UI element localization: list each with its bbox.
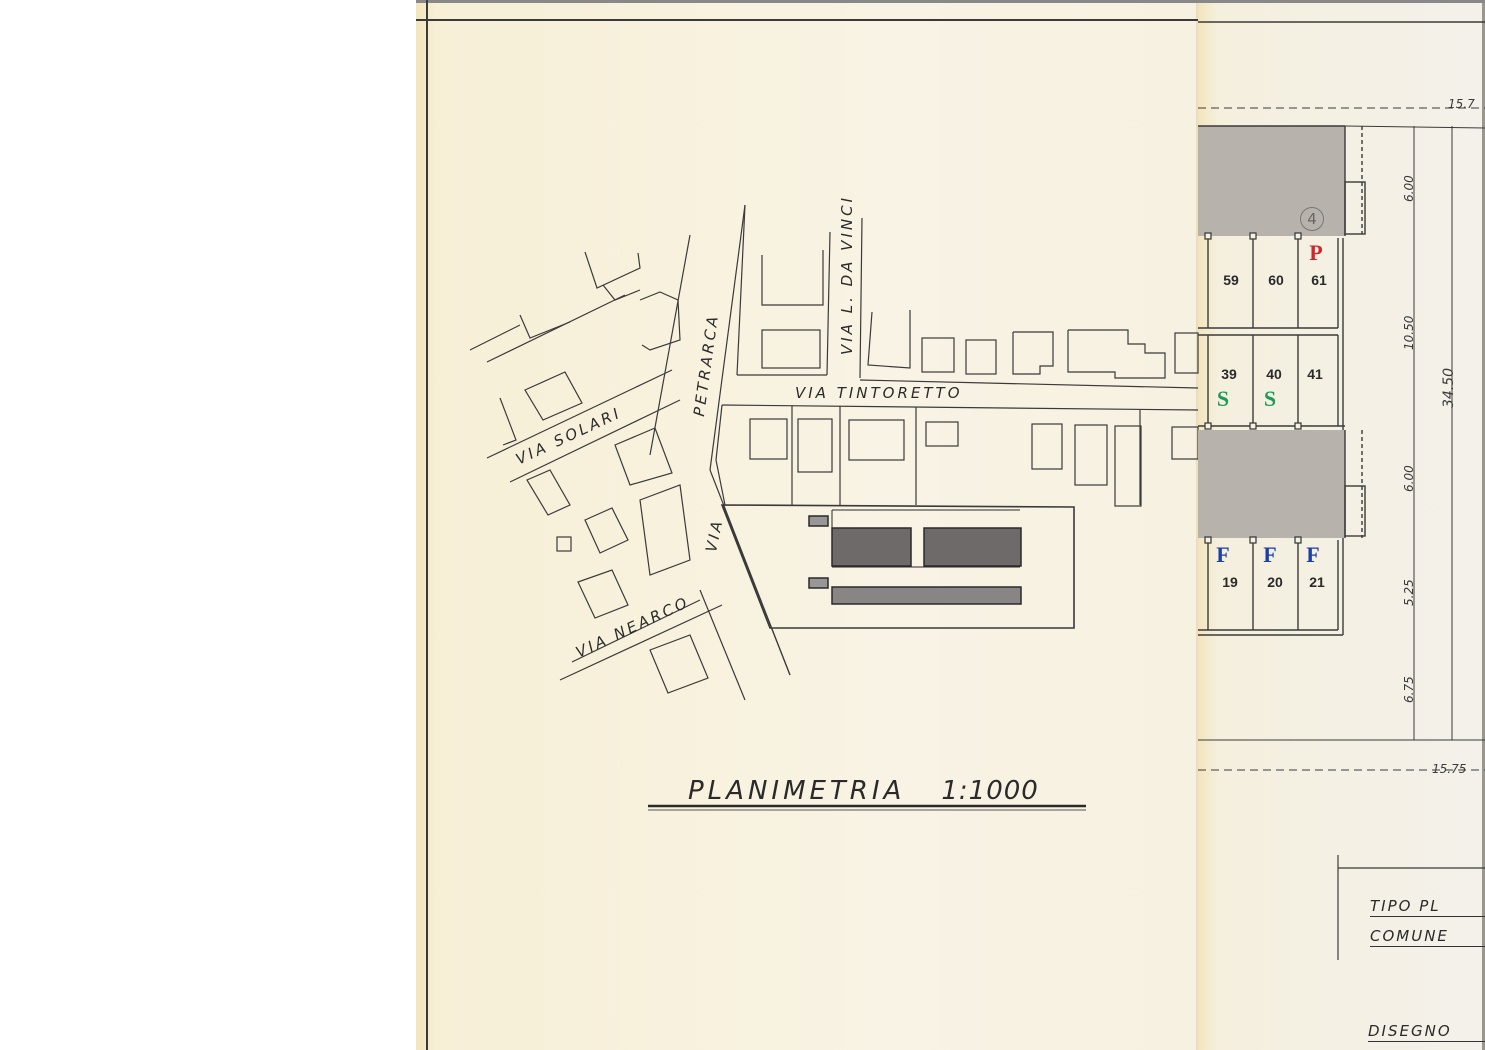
unit-mark-s-40: S — [1250, 386, 1290, 412]
unit-21: 21 — [1297, 574, 1337, 590]
title-scale: 1:1000 — [941, 776, 1038, 806]
unit-mark-f-20: F — [1250, 542, 1290, 568]
title-block-comune: COMUNE — [1370, 927, 1485, 947]
unit-41: 41 — [1295, 366, 1335, 382]
dimension-top-width: 15.7 — [1448, 97, 1475, 111]
unit-59: 59 — [1211, 272, 1251, 288]
dimension-seg-4: 5.25 — [1402, 579, 1416, 606]
unit-mark-s-39: S — [1203, 386, 1243, 412]
unit-20: 20 — [1255, 574, 1295, 590]
unit-mark-p: P — [1296, 240, 1336, 266]
unit-39: 39 — [1209, 366, 1249, 382]
drawing-title: PLANIMETRIA1:1000 — [688, 776, 1039, 806]
unit-19: 19 — [1210, 574, 1250, 590]
dimension-seg-5: 6.75 — [1402, 676, 1416, 703]
dimension-seg-3: 6.00 — [1402, 465, 1416, 492]
block-marker: 4 — [1300, 207, 1324, 231]
dimension-seg-1: 6.00 — [1402, 175, 1416, 202]
unit-mark-f-21: F — [1293, 542, 1333, 568]
unit-61: 61 — [1299, 272, 1339, 288]
unit-mark-f-19: F — [1203, 542, 1243, 568]
drawing-linework — [0, 0, 1485, 1050]
title-block-disegno: DISEGNO — [1368, 1022, 1485, 1042]
dimension-seg-2: 10.50 — [1402, 316, 1416, 350]
title-block-type: TIPO PL — [1370, 897, 1485, 917]
unit-60: 60 — [1256, 272, 1296, 288]
unit-40: 40 — [1254, 366, 1294, 382]
title-text: PLANIMETRIA — [688, 776, 905, 806]
dimension-bottom-width: 15.75 — [1432, 762, 1466, 776]
street-label-tintoretto: VIA TINTORETTO — [795, 384, 963, 402]
street-label-da-vinci: VIA L. DA VINCI — [838, 195, 856, 355]
dimension-total-height: 34.50 — [1441, 368, 1457, 408]
